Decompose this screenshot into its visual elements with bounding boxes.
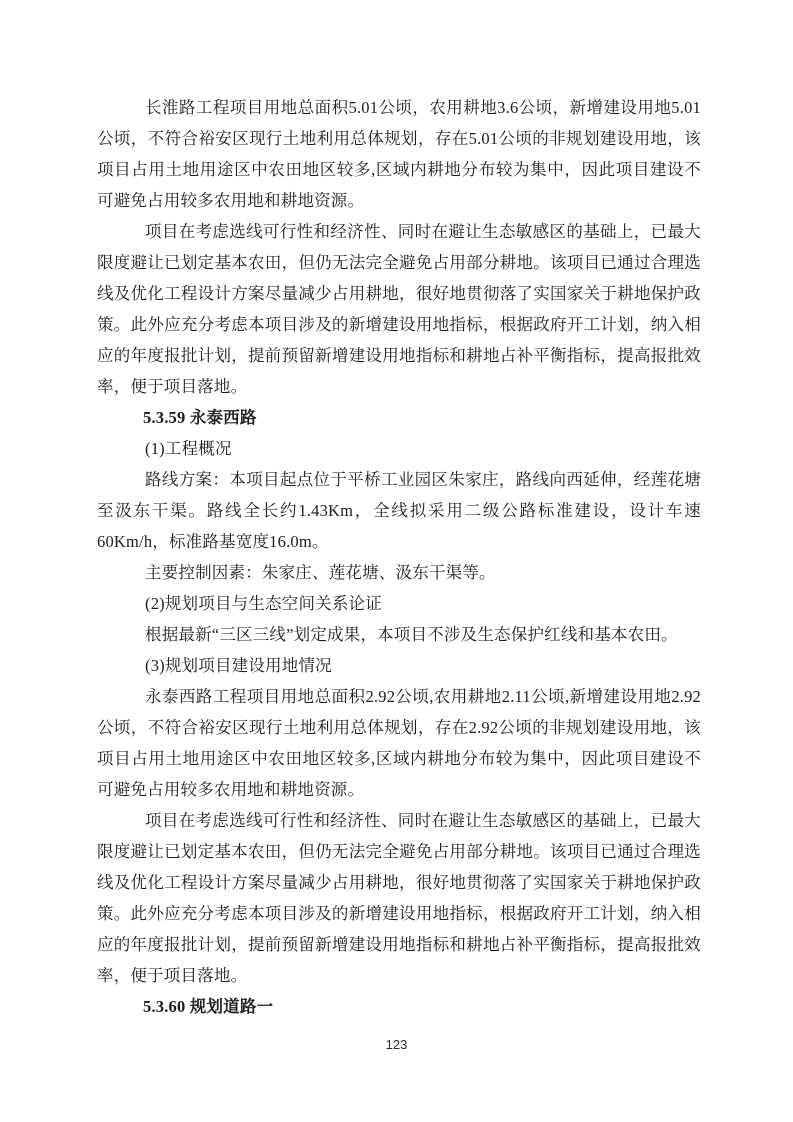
para-changhuai-land-use: 长淮路工程项目用地总面积5.01公顷，农用耕地3.6公顷，新增建设用地5.01公…	[97, 92, 701, 216]
para-eco-space-relation-label: (2)规划项目与生态空间关系论证	[97, 588, 701, 619]
page-content: 长淮路工程项目用地总面积5.01公顷，农用耕地3.6公顷，新增建设用地5.01公…	[97, 92, 701, 1022]
para-control-factors: 主要控制因素：朱家庄、莲花塘、汲东干渠等。	[97, 557, 701, 588]
para-project-overview-label: (1)工程概况	[97, 433, 701, 464]
document-page: 长淮路工程项目用地总面积5.01公顷，农用耕地3.6公顷，新增建设用地5.01公…	[0, 0, 793, 1122]
para-construction-land-label: (3)规划项目建设用地情况	[97, 650, 701, 681]
para-yongtai-land-use: 永泰西路工程项目用地总面积2.92公顷,农用耕地2.11公顷,新增建设用地2.9…	[97, 681, 701, 805]
para-yongtai-mitigation: 项目在考虑选线可行性和经济性、同时在避让生态敏感区的基础上，已最大限度避让已划定…	[97, 805, 701, 991]
para-changhuai-mitigation: 项目在考虑选线可行性和经济性、同时在避让生态敏感区的基础上，已最大限度避让已划定…	[97, 216, 701, 402]
heading-5-3-60-planned-road-one: 5.3.60 规划道路一	[97, 991, 701, 1022]
heading-5-3-59-yongtai-west-road: 5.3.59 永泰西路	[97, 402, 701, 433]
page-number: 123	[0, 1036, 793, 1054]
para-route-plan: 路线方案：本项目起点位于平桥工业园区朱家庄，路线向西延伸，经莲花塘至汲东干渠。路…	[97, 464, 701, 557]
para-three-zones-three-lines-result: 根据最新“三区三线”划定成果，本项目不涉及生态保护红线和基本农田。	[97, 619, 701, 650]
